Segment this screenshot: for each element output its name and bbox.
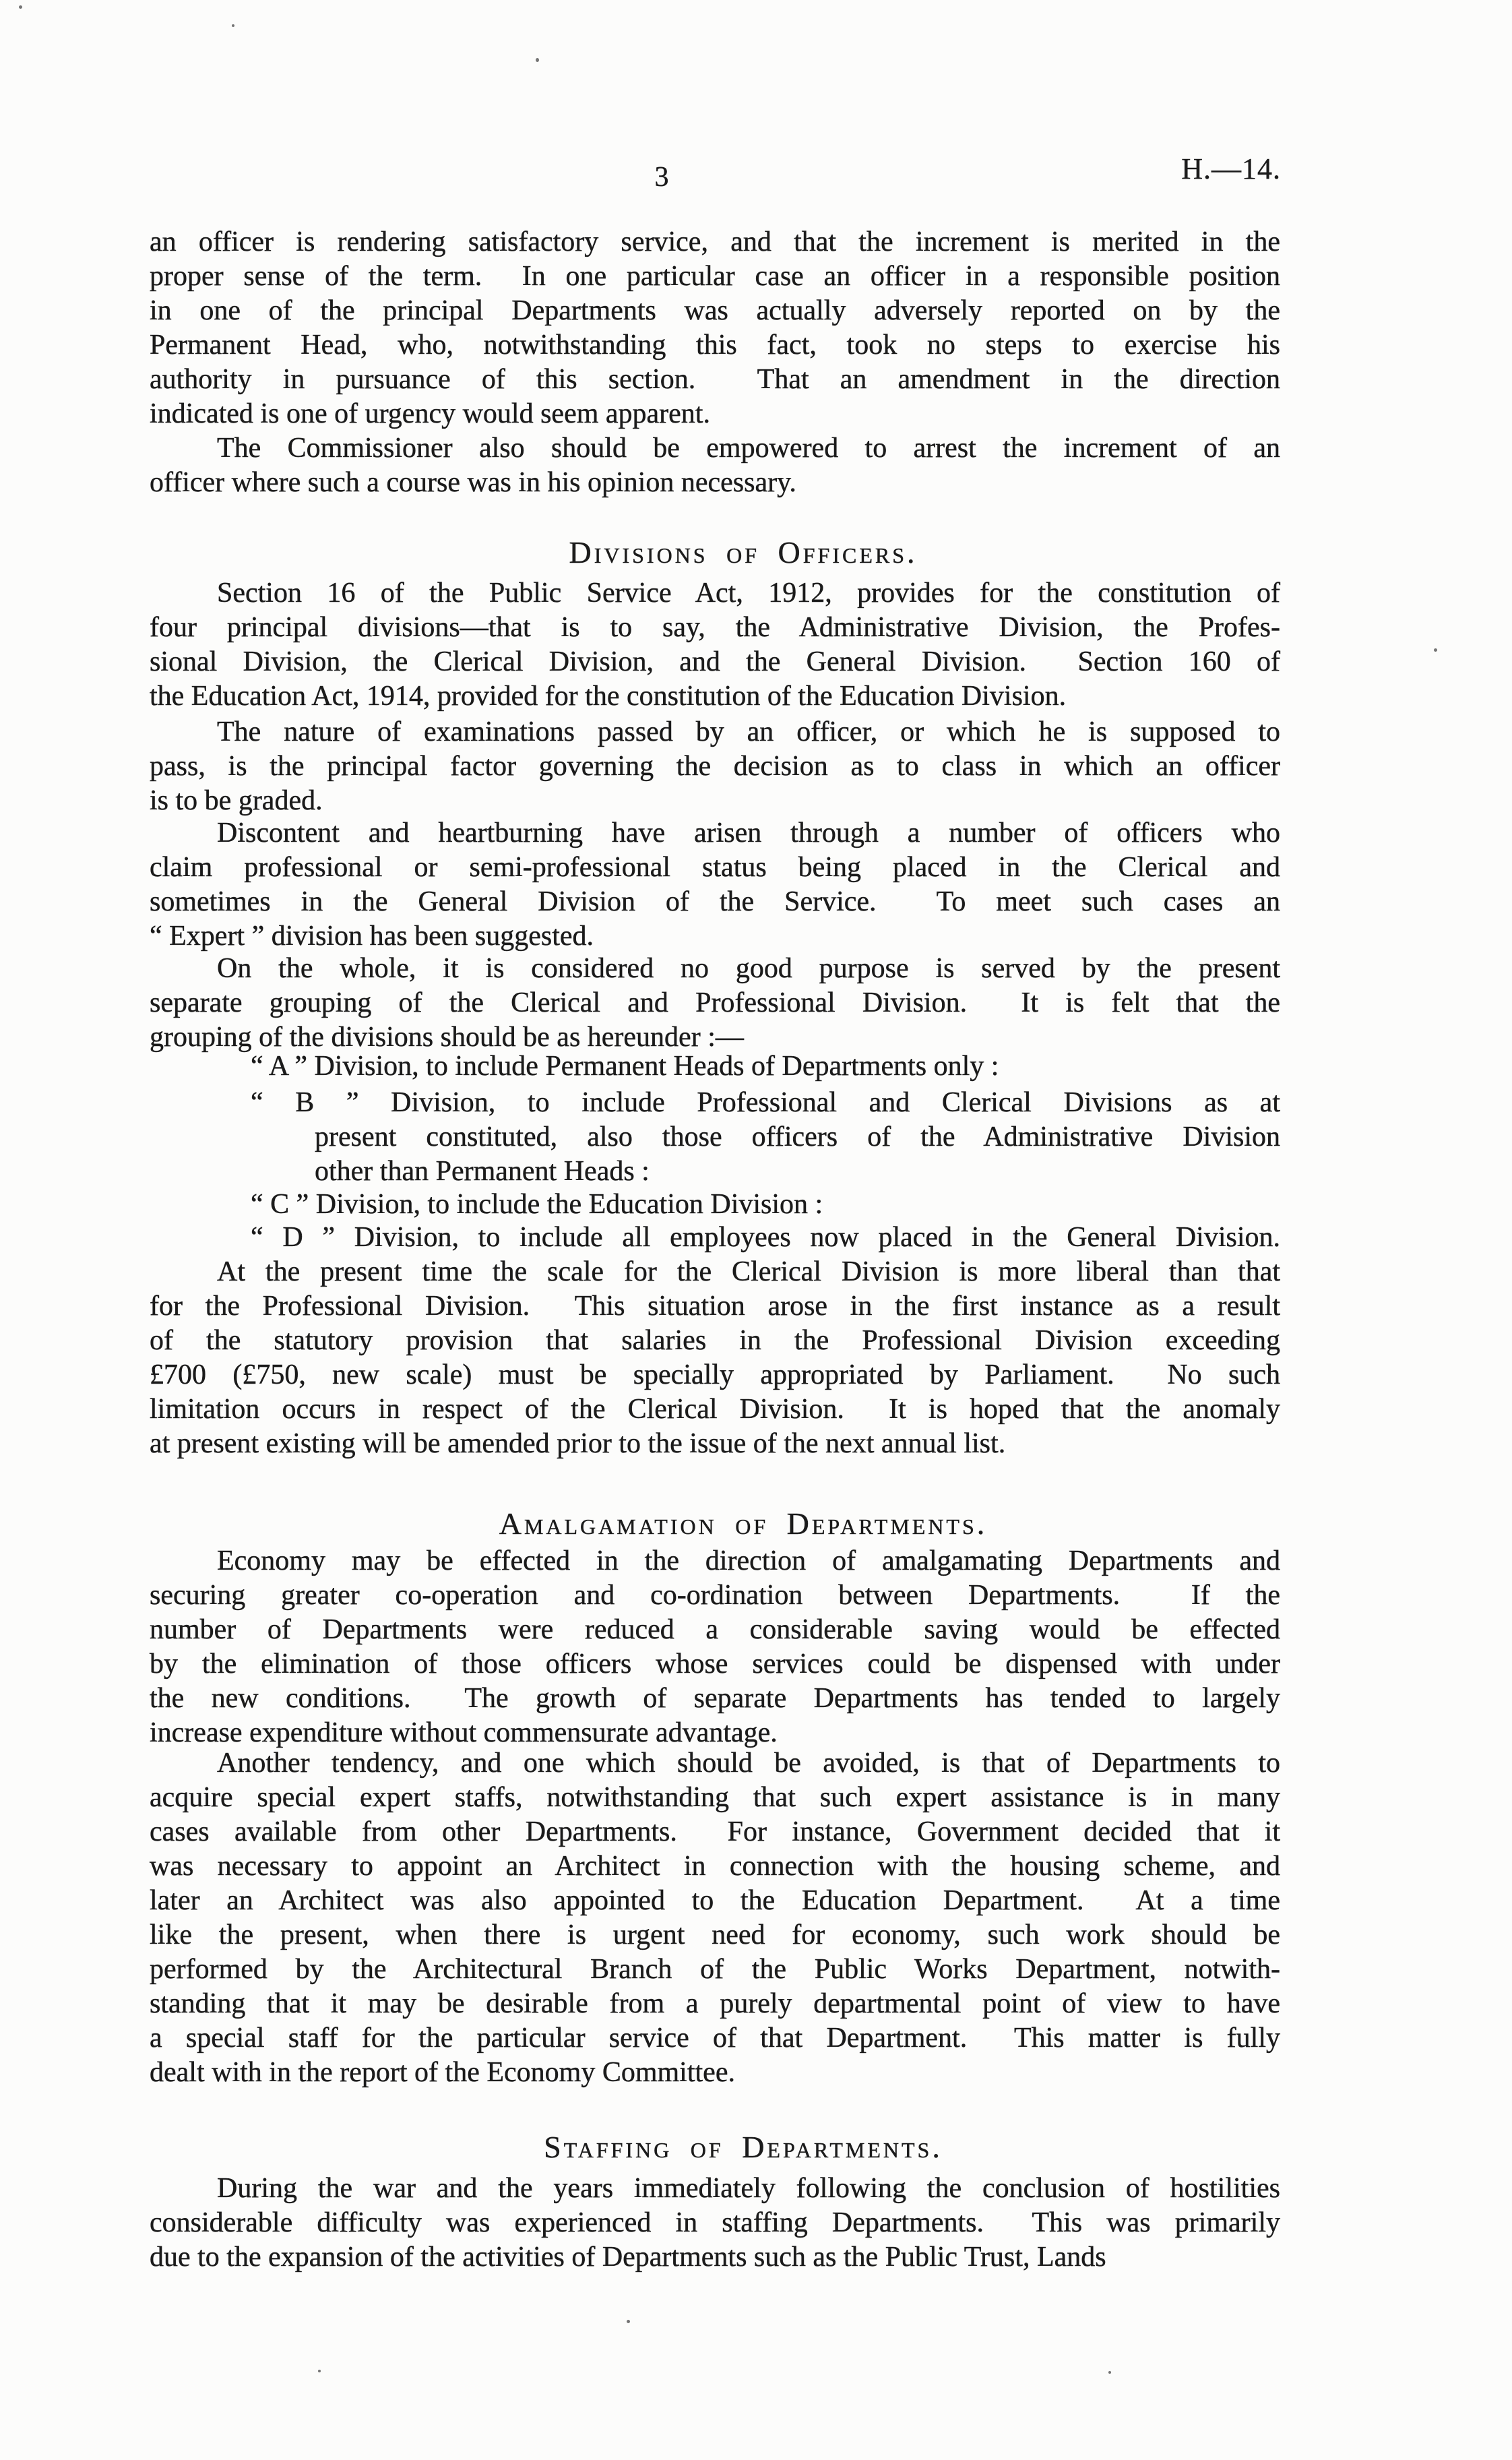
text-line: separate grouping of the Clerical and Pr…	[150, 986, 1280, 1020]
text-line: standing that it may be desirable from a…	[150, 1987, 1280, 2021]
text-line: The Commissioner also should be empowere…	[150, 431, 1280, 466]
scan-artifact-speck	[318, 2370, 321, 2372]
paragraph: On the whole, it is considered no good p…	[150, 952, 1280, 1055]
text-line: for the Professional Division. This situ…	[150, 1289, 1280, 1324]
scan-artifact-speck	[232, 24, 234, 27]
text-line: securing greater co-operation and co-ord…	[150, 1578, 1280, 1613]
text-line: Discontent and heartburning have arisen …	[150, 816, 1280, 851]
text-line: claim professional or semi-professional …	[150, 851, 1280, 885]
text-line: number of Departments were reduced a con…	[150, 1613, 1280, 1647]
text-line: present constituted, also those officers…	[315, 1120, 1280, 1155]
text-line: Permanent Head, who, notwithstanding thi…	[150, 328, 1280, 363]
text-line: On the whole, it is considered no good p…	[150, 952, 1280, 986]
list-item-division-c: “ C ” Division, to include the Education…	[150, 1188, 1280, 1222]
text-line: a special staff for the particular servi…	[150, 2021, 1280, 2056]
text-line: by the elimination of those officers who…	[150, 1647, 1280, 1682]
text-line: £700 (£750, new scale) must be specially…	[150, 1358, 1280, 1392]
text-line: During the war and the years immediately…	[150, 2172, 1280, 2206]
section-heading-amalgamation-of-departments: Amalgamation of Departments.	[178, 1505, 1309, 1543]
text-line: Another tendency, and one which should b…	[150, 1746, 1280, 1781]
text-line: other than Permanent Heads :	[315, 1155, 1280, 1189]
paragraph: At the present time the scale for the Cl…	[150, 1255, 1280, 1461]
paragraph: Section 16 of the Public Service Act, 19…	[150, 576, 1280, 714]
text-line: officer where such a course was in his o…	[150, 466, 1280, 500]
text-line: in one of the principal Departments was …	[150, 294, 1280, 328]
text-line: the new conditions. The growth of separa…	[150, 1682, 1280, 1716]
section-heading-staffing-of-departments: Staffing of Departments.	[178, 2128, 1309, 2166]
text-line: like the present, when there is urgent n…	[150, 1918, 1280, 1952]
text-line: Section 16 of the Public Service Act, 19…	[150, 576, 1280, 611]
text-line: the Education Act, 1914, provided for th…	[150, 679, 1280, 714]
scan-artifact-speck	[1108, 2371, 1111, 2374]
text-line: later an Architect was also appointed to…	[150, 1884, 1280, 1918]
text-line: is to be graded.	[150, 784, 1280, 818]
text-line: was necessary to appoint an Architect in…	[150, 1849, 1280, 1884]
text-line: “ D ” Division, to include all employees…	[251, 1221, 1280, 1255]
text-line: limitation occurs in respect of the Cler…	[150, 1392, 1280, 1427]
list-item-division-a: “ A ” Division, to include Permanent Hea…	[150, 1049, 1280, 1084]
paragraph: Discontent and heartburning have arisen …	[150, 816, 1280, 954]
list-item-division-d: “ D ” Division, to include all employees…	[150, 1221, 1280, 1255]
paragraph: Another tendency, and one which should b…	[150, 1746, 1280, 2090]
paragraph: Economy may be effected in the direction…	[150, 1544, 1280, 1750]
text-line: increase expenditure without commensurat…	[150, 1716, 1280, 1750]
text-line: considerable difficulty was experienced …	[150, 2206, 1280, 2240]
text-line: sional Division, the Clerical Division, …	[150, 645, 1280, 679]
text-line: an officer is rendering satisfactory ser…	[150, 225, 1280, 259]
section-heading-divisions-of-officers: Divisions of Officers.	[178, 534, 1309, 572]
text-line: “ Expert ” division has been suggested.	[150, 919, 1280, 954]
text-line: At the present time the scale for the Cl…	[150, 1255, 1280, 1289]
text-line: dealt with in the report of the Economy …	[150, 2056, 1280, 2090]
report-code: H.—14.	[1181, 152, 1281, 186]
paragraph: The Commissioner also should be empowere…	[150, 431, 1280, 500]
text-line: performed by the Architectural Branch of…	[150, 1952, 1280, 1987]
text-line: at present existing will be amended prio…	[150, 1427, 1280, 1461]
text-line: due to the expansion of the activities o…	[150, 2240, 1280, 2275]
text-line: “ A ” Division, to include Permanent Hea…	[251, 1049, 1280, 1084]
text-line: The nature of examinations passed by an …	[150, 715, 1280, 749]
page-number: 3	[640, 160, 683, 194]
text-line: “ C ” Division, to include the Education…	[251, 1188, 1280, 1222]
text-line: of the statutory provision that salaries…	[150, 1324, 1280, 1358]
text-line: authority in pursuance of this section. …	[150, 363, 1280, 397]
text-line: cases available from other Departments. …	[150, 1815, 1280, 1849]
scan-artifact-speck	[19, 5, 22, 9]
text-line: four principal divisions—that is to say,…	[150, 611, 1280, 645]
text-line: “ B ” Division, to include Professional …	[251, 1086, 1280, 1120]
paragraph: The nature of examinations passed by an …	[150, 715, 1280, 818]
list-item-division-b: “ B ” Division, to include Professional …	[150, 1086, 1280, 1189]
paragraph: During the war and the years immediately…	[150, 2172, 1280, 2275]
text-line: pass, is the principal factor governing …	[150, 749, 1280, 784]
text-line: indicated is one of urgency would seem a…	[150, 397, 1280, 431]
paragraph: an officer is rendering satisfactory ser…	[150, 225, 1280, 431]
scan-artifact-speck	[1434, 648, 1437, 652]
text-line: acquire special expert staffs, notwithst…	[150, 1781, 1280, 1815]
scan-artifact-speck	[536, 58, 539, 62]
text-line: sometimes in the General Division of the…	[150, 885, 1280, 919]
scanned-report-page: 3 H.—14. an officer is rendering satisfa…	[0, 0, 1512, 2460]
scan-artifact-speck	[627, 2320, 630, 2323]
text-line: proper sense of the term. In one particu…	[150, 259, 1280, 294]
text-line: Economy may be effected in the direction…	[150, 1544, 1280, 1578]
